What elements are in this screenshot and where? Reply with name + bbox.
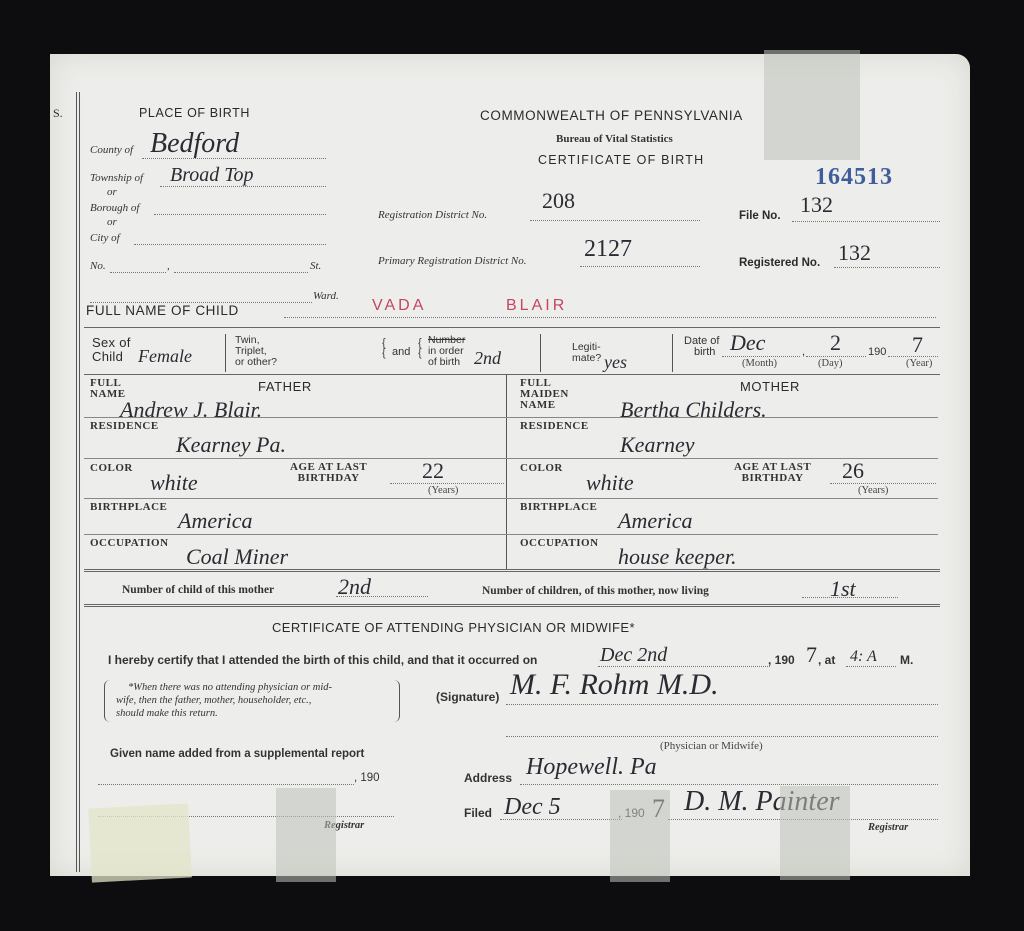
- legitimate-value: yes: [604, 352, 627, 373]
- at-label: , at: [818, 653, 835, 667]
- comma: ,: [167, 260, 170, 272]
- mother-residence-value: Kearney: [620, 432, 695, 458]
- father-color-label: COLOR: [90, 462, 133, 474]
- dob-year-suffix: 7: [912, 332, 923, 358]
- children-living-value: 1st: [830, 576, 856, 602]
- year-caption: (Year): [906, 358, 932, 369]
- sex-value: Female: [138, 346, 192, 367]
- occurred-year-prefix: , 190: [768, 653, 795, 667]
- mother-color-label: COLOR: [520, 462, 563, 474]
- place-of-birth-heading: PLACE OF BIRTH: [139, 106, 250, 120]
- month-caption: (Month): [742, 358, 777, 369]
- date-of-birth-label: Date of birth: [684, 336, 719, 358]
- county-value: Bedford: [150, 128, 239, 160]
- address-value: Hopewell. Pa: [526, 754, 657, 781]
- dob-day: 2: [830, 330, 841, 356]
- sex-label-line-2: Child: [92, 350, 131, 364]
- registration-district-value: 208: [542, 188, 575, 214]
- certify-text: I hereby certify that I attended the bir…: [108, 653, 537, 667]
- birth-certificate-document: S. PLACE OF BIRTH COMMONWEALTH OF PENNSY…: [50, 54, 970, 876]
- column-divider-3: [672, 334, 673, 372]
- ward-label: Ward.: [313, 290, 339, 302]
- number-in-order-value: 2nd: [474, 348, 501, 369]
- full-name-line: [284, 317, 936, 318]
- township-label: Township of: [90, 172, 143, 184]
- registration-district-label: Registration District No.: [378, 209, 487, 221]
- borough-line: [154, 214, 326, 215]
- dob-month: Dec: [730, 330, 765, 356]
- double-divider: [84, 569, 940, 572]
- mother-years-caption: (Years): [858, 485, 888, 496]
- father-occupation-value: Coal Miner: [186, 544, 288, 570]
- tape-strip-bottom-3: [610, 790, 670, 882]
- bureau-heading: Bureau of Vital Statistics: [556, 133, 673, 145]
- father-age-label-2: BIRTHDAY: [290, 473, 367, 484]
- supplemental-name-line: [98, 784, 354, 785]
- mother-heading: MOTHER: [740, 379, 800, 394]
- left-border-rule: [76, 92, 77, 872]
- physician-certificate-heading: CERTIFICATE OF ATTENDING PHYSICIAN OR MI…: [272, 620, 635, 635]
- brace-right: {{: [418, 338, 422, 358]
- dob-year-prefix: 190: [868, 346, 886, 358]
- double-divider: [84, 604, 940, 607]
- filed-registrar-caption: Registrar: [868, 822, 908, 833]
- father-residence-value: Kearney Pa.: [176, 432, 286, 458]
- left-border-rule-inner: [79, 92, 80, 872]
- divider: [84, 417, 506, 418]
- day-caption: (Day): [818, 358, 843, 369]
- street-number-line: [110, 272, 166, 273]
- dob-label-2: birth: [684, 347, 719, 358]
- father-occupation-label: OCCUPATION: [90, 537, 169, 549]
- legitimate-label: Legiti- mate?: [572, 342, 601, 364]
- and-label: and: [392, 346, 410, 358]
- number-of-child-label: Number of child of this mother: [122, 584, 274, 596]
- number-of-child-value: 2nd: [338, 574, 371, 600]
- margin-mark: S.: [53, 106, 63, 121]
- city-line: [134, 244, 326, 245]
- mother-age-label: AGE AT LAST BIRTHDAY: [734, 462, 811, 484]
- divider: [84, 498, 506, 499]
- signature-label: (Signature): [436, 690, 499, 704]
- supplemental-year-prefix: , 190: [354, 772, 380, 784]
- street-label: St.: [310, 260, 321, 272]
- primary-district-label: Primary Registration District No.: [378, 255, 527, 267]
- file-number-line: [792, 221, 940, 222]
- father-heading: FATHER: [258, 379, 312, 394]
- registration-district-line: [530, 220, 700, 221]
- dob-comma: ,: [802, 346, 805, 358]
- twin-label-3: or other?: [235, 357, 277, 368]
- time-line: [846, 666, 896, 667]
- township-value: Broad Top: [170, 164, 254, 187]
- twin-label: Twin, Triplet, or other?: [235, 335, 277, 368]
- divider: [84, 534, 506, 535]
- mother-birthplace-label: BIRTHPLACE: [520, 501, 597, 513]
- father-age-value: 22: [422, 458, 444, 484]
- brace-left: {{: [382, 338, 386, 358]
- supplemental-label: Given name added from a supplemental rep…: [110, 748, 364, 760]
- full-name-of-child-label: FULL NAME OF CHILD: [86, 303, 239, 318]
- father-age-label: AGE AT LAST BIRTHDAY: [290, 462, 367, 484]
- street-line: [174, 272, 308, 273]
- child-first-name: VADA: [372, 297, 426, 315]
- borough-label: Borough of: [90, 202, 139, 214]
- address-line: [520, 784, 938, 785]
- parents-column-divider: [506, 374, 507, 570]
- father-age-line: [390, 483, 504, 484]
- sex-label-line-1: Sex of: [92, 336, 131, 350]
- mother-occupation-value: house keeper.: [618, 544, 737, 570]
- file-number-value: 132: [800, 192, 833, 218]
- divider: [84, 374, 940, 375]
- mother-occupation-label: OCCUPATION: [520, 537, 599, 549]
- footnote-line-2: wife, then the father, mother, household…: [116, 694, 332, 707]
- footnote-line-1: *When there was no attending physician o…: [116, 681, 332, 694]
- registered-number-value: 132: [838, 240, 871, 266]
- or-label-2: or: [107, 216, 117, 228]
- divider: [506, 498, 938, 499]
- tape-strip-bottom-4: [780, 786, 850, 880]
- mother-name-label: NAME: [520, 400, 569, 411]
- mother-color-value: white: [586, 470, 634, 496]
- registered-number-label: Registered No.: [739, 257, 820, 269]
- father-residence-label: RESIDENCE: [90, 420, 159, 432]
- signature-line-2: [506, 736, 938, 737]
- mother-name-value: Bertha Childers.: [620, 397, 767, 423]
- filed-date-value: Dec 5: [504, 794, 561, 821]
- signature-line: [506, 704, 938, 705]
- certificate-title: CERTIFICATE OF BIRTH: [538, 153, 704, 167]
- father-birthplace-value: America: [178, 508, 253, 534]
- column-divider: [225, 334, 226, 372]
- tape-strip-top: [764, 50, 860, 160]
- commonwealth-heading: COMMONWEALTH OF PENNSYLVANIA: [480, 108, 743, 123]
- time-value: 4: A: [850, 648, 877, 666]
- father-color-value: white: [150, 470, 198, 496]
- sex-of-child-label: Sex of Child: [92, 336, 131, 364]
- meridiem-label: M.: [900, 653, 913, 667]
- city-label: City of: [90, 232, 120, 244]
- footnote-text: *When there was no attending physician o…: [116, 681, 332, 720]
- or-label-1: or: [107, 186, 117, 198]
- divider: [506, 458, 938, 459]
- physician-signature: M. F. Rohm M.D.: [510, 668, 719, 702]
- children-living-label: Number of children, of this mother, now …: [482, 585, 709, 597]
- physician-caption: (Physician or Midwife): [660, 740, 763, 752]
- county-label: County of: [90, 144, 133, 156]
- address-label: Address: [464, 771, 512, 785]
- filed-label: Filed: [464, 806, 492, 820]
- father-years-caption: (Years): [428, 485, 458, 496]
- dob-day-line: [806, 356, 866, 357]
- mother-age-label-2: BIRTHDAY: [734, 473, 811, 484]
- registered-number-line: [834, 267, 940, 268]
- dob-month-line: [722, 356, 800, 357]
- file-number-label: File No.: [739, 210, 781, 222]
- column-divider-2: [540, 334, 541, 372]
- mother-full-maiden-name-label: FULL MAIDEN NAME: [520, 378, 569, 411]
- child-last-name: BLAIR: [506, 297, 567, 315]
- number-in-order-label: Number in order of birth: [428, 335, 465, 368]
- divider: [506, 417, 938, 418]
- divider: [84, 327, 940, 328]
- number-label-3: of birth: [428, 357, 465, 368]
- divider: [506, 534, 938, 535]
- occurred-year-suffix: 7: [806, 642, 817, 668]
- mother-residence-label: RESIDENCE: [520, 420, 589, 432]
- primary-district-value: 2127: [584, 236, 632, 263]
- primary-district-line: [580, 266, 700, 267]
- tape-strip-bottom-2: [276, 788, 336, 882]
- legit-label-2: mate?: [572, 353, 601, 364]
- mother-age-value: 26: [842, 458, 864, 484]
- occurred-date-value: Dec 2nd: [600, 644, 667, 667]
- street-number-label: No.: [90, 260, 106, 272]
- footnote-line-3: should make this return.: [116, 707, 332, 720]
- certificate-stamp-number: 164513: [815, 164, 893, 191]
- tape-strip-bottom-left: [88, 803, 192, 882]
- mother-birthplace-value: America: [618, 508, 693, 534]
- father-birthplace-label: BIRTHPLACE: [90, 501, 167, 513]
